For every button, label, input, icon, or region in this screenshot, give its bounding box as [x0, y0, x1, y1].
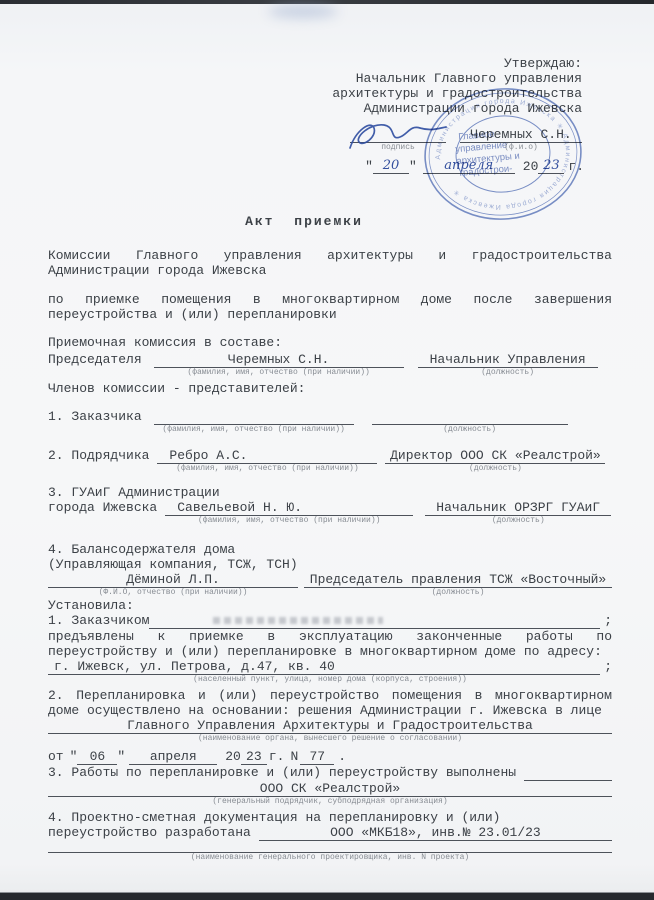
approve-label: Утверждаю:	[0, 56, 582, 71]
decision-day: 06	[77, 749, 117, 765]
item2-text: 2. Перепланировка и (или) переустройство…	[48, 688, 612, 718]
position-hint: (должность)	[304, 588, 612, 598]
signatory-fio-hint: (ф.и.о)	[460, 143, 582, 153]
chairman-position-field: Начальник Управления (должность)	[418, 352, 598, 378]
item1-lead: 1. Заказчиком	[48, 613, 149, 628]
signature-field: подпись	[350, 127, 446, 153]
position-hint: (должность)	[385, 464, 605, 474]
item3-hint: (генеральный подрядчик, субподрядная орг…	[48, 797, 612, 807]
member2-position-field: Директор ООО СК «Реалстрой» (должность)	[385, 448, 605, 474]
ink-bleed-smudge	[268, 5, 338, 18]
semicolon: ;	[604, 659, 612, 674]
member3-position-field: Начальник ОРЗРГ ГУАиГ (должность)	[425, 500, 611, 526]
item3-blank-line	[524, 765, 612, 781]
decision-year-prefix: 20	[225, 749, 241, 764]
intro-paragraph-1: Комиссии Главного управления архитектуры…	[48, 248, 612, 278]
approval-date-row: " 20 " апреля 20 23 г.	[0, 158, 584, 174]
intro-paragraph-2: по приемке помещения в многоквартирном д…	[48, 292, 612, 322]
member3-label2: города Ижевска	[48, 500, 157, 515]
signatory-field: Черемных С.Н. (ф.и.о)	[460, 127, 582, 153]
member2-row: 2. Подрядчика Ребро А.С. (фамилия, имя, …	[48, 448, 612, 474]
item4-blank-line	[48, 841, 612, 853]
handwritten-year: 23	[538, 158, 564, 174]
item4-line1: 4. Проектно-сметная документация на пере…	[48, 810, 612, 825]
scan-edge-top	[0, 0, 654, 4]
approver-title-line3: Администрации города Ижевска	[0, 101, 582, 116]
position-hint: (должность)	[372, 425, 568, 435]
item4-line2-label: переустройство разработана	[48, 825, 251, 840]
year-prefix: 20	[523, 159, 539, 174]
dot: .	[338, 749, 346, 764]
name-hint: (фамилия, имя, отчество (при наличии))	[165, 516, 413, 526]
scanned-document-page: Утверждаю: Начальник Главного управления…	[0, 0, 654, 900]
item1-text: предъявлены к приемке в эксплуатацию зак…	[48, 629, 612, 659]
close-quote: "	[409, 159, 417, 174]
member3-name-field: Савельевой Н. Ю. (фамилия, имя, отчество…	[165, 500, 413, 526]
item4-hint: (наименование генерального проектировщик…	[48, 853, 612, 863]
member4-row: Дёминой Л.П. (Ф.И.О, отчество (при налич…	[48, 572, 612, 598]
signature-row: подпись Черемных С.Н. (ф.и.о)	[0, 127, 582, 153]
chairman-position: Начальник Управления	[418, 352, 598, 368]
item3-text: 3. Работы по перепланировке и (или) пере…	[48, 765, 516, 780]
member4-label2: (Управляющая компания, ТСЖ, ТСН)	[48, 557, 612, 572]
item3-value: ООО СК «Реалстрой»	[48, 781, 612, 797]
scan-edge-bottom	[0, 892, 654, 900]
close-quote: "	[117, 749, 125, 764]
position-hint: (должность)	[425, 516, 611, 526]
item2-hint: (наименование органа, вынесшего решение …	[48, 734, 612, 744]
fio-hint: (Ф.И.О, отчество (при наличии))	[48, 588, 298, 598]
findings-heading: Установила:	[48, 598, 612, 613]
chairman-name: Черемных С.Н.	[154, 352, 404, 368]
member1-position-field: (должность)	[372, 409, 568, 435]
member2-name-field: Ребро А.С. (фамилия, имя, отчество (при …	[157, 448, 377, 474]
members-heading: Членов комиссии - представителей:	[48, 381, 612, 396]
member3-label1: 3. ГУАиГ Администрации	[48, 485, 612, 500]
approver-title-line2: архитектуры и градостроительства	[0, 86, 582, 101]
member2-position: Директор ООО СК «Реалстрой»	[385, 448, 605, 464]
address-hint: (населенный пункт, улица, номер дома (ко…	[48, 675, 612, 685]
signature-line	[350, 127, 446, 143]
chairman-name-field: Черемных С.Н. (фамилия, имя, отчество (п…	[154, 352, 404, 378]
member1-position	[372, 409, 568, 425]
open-quote: "	[365, 159, 373, 174]
member4-position: Председатель правления ТСЖ «Восточный»	[304, 572, 612, 588]
member4-name: Дёминой Л.П.	[48, 572, 298, 588]
member3-row: города Ижевска Савельевой Н. Ю. (фамилия…	[48, 500, 612, 526]
handwritten-signature	[346, 116, 450, 156]
approval-block: Утверждаю: Начальник Главного управления…	[0, 56, 582, 116]
number-label: N	[290, 749, 298, 764]
open-quote: "	[70, 749, 78, 764]
item1-lead-row: 1. Заказчиком ;	[48, 613, 612, 629]
signatory-name: Черемных С.Н.	[460, 127, 582, 143]
member3-name: Савельевой Н. Ю.	[165, 500, 413, 516]
item2-value: Главного Управления Архитектуры и Градос…	[48, 718, 612, 734]
handwritten-day: 20	[373, 158, 409, 174]
item3-row: 3. Работы по перепланировке и (или) пере…	[48, 765, 612, 781]
decision-date-row: от " 06 " апреля 20 23 г. N 77 .	[48, 749, 612, 765]
member1-name-field: (фамилия, имя, отчество (при наличии))	[154, 409, 354, 435]
member1-row: 1. Заказчика (фамилия, имя, отчество (пр…	[48, 409, 612, 435]
decision-month: апреля	[129, 749, 217, 765]
chairman-row: Председателя Черемных С.Н. (фамилия, имя…	[48, 352, 612, 378]
commission-heading: Приемочная комиссия в составе:	[48, 335, 612, 350]
member1-label: 1. Заказчика	[48, 409, 142, 424]
member4-name-field: Дёминой Л.П. (Ф.И.О, отчество (при налич…	[48, 572, 298, 598]
approver-title-line1: Начальник Главного управления	[0, 71, 582, 86]
address-row: г. Ижевск, ул. Петрова, д.47, кв. 40 ;	[48, 659, 612, 675]
semicolon: ;	[604, 613, 612, 628]
redacted-customer-name	[213, 617, 383, 624]
item4-value-row: переустройство разработана ООО «МКБ18», …	[48, 825, 612, 841]
name-hint: (фамилия, имя, отчество (при наличии))	[154, 425, 354, 435]
position-hint: (должность)	[418, 368, 598, 378]
member4-label1: 4. Балансодержателя дома	[48, 542, 612, 557]
member3-position: Начальник ОРЗРГ ГУАиГ	[425, 500, 611, 516]
date-g: г.	[269, 749, 285, 764]
address-value: г. Ижевск, ул. Петрова, д.47, кв. 40	[48, 659, 600, 675]
year-suffix: г.	[568, 159, 584, 174]
document-title: Акт приемки	[22, 214, 586, 229]
item4-value: ООО «МКБ18», инв.№ 23.01/23	[259, 825, 612, 841]
decision-year: 23	[241, 749, 267, 765]
name-hint: (фамилия, имя, отчество (при наличии))	[157, 464, 377, 474]
handwritten-month: апреля	[423, 158, 515, 174]
member4-position-field: Председатель правления ТСЖ «Восточный» (…	[304, 572, 612, 598]
member2-label: 2. Подрядчика	[48, 448, 149, 463]
member2-name: Ребро А.С.	[157, 448, 377, 464]
name-hint: (фамилия, имя, отчество (при наличии))	[154, 368, 404, 378]
chairman-label: Председателя	[48, 352, 142, 367]
date-from: от	[48, 749, 64, 764]
customer-name-line	[149, 613, 600, 629]
decision-number: 77	[300, 749, 334, 765]
member1-name	[154, 409, 354, 425]
